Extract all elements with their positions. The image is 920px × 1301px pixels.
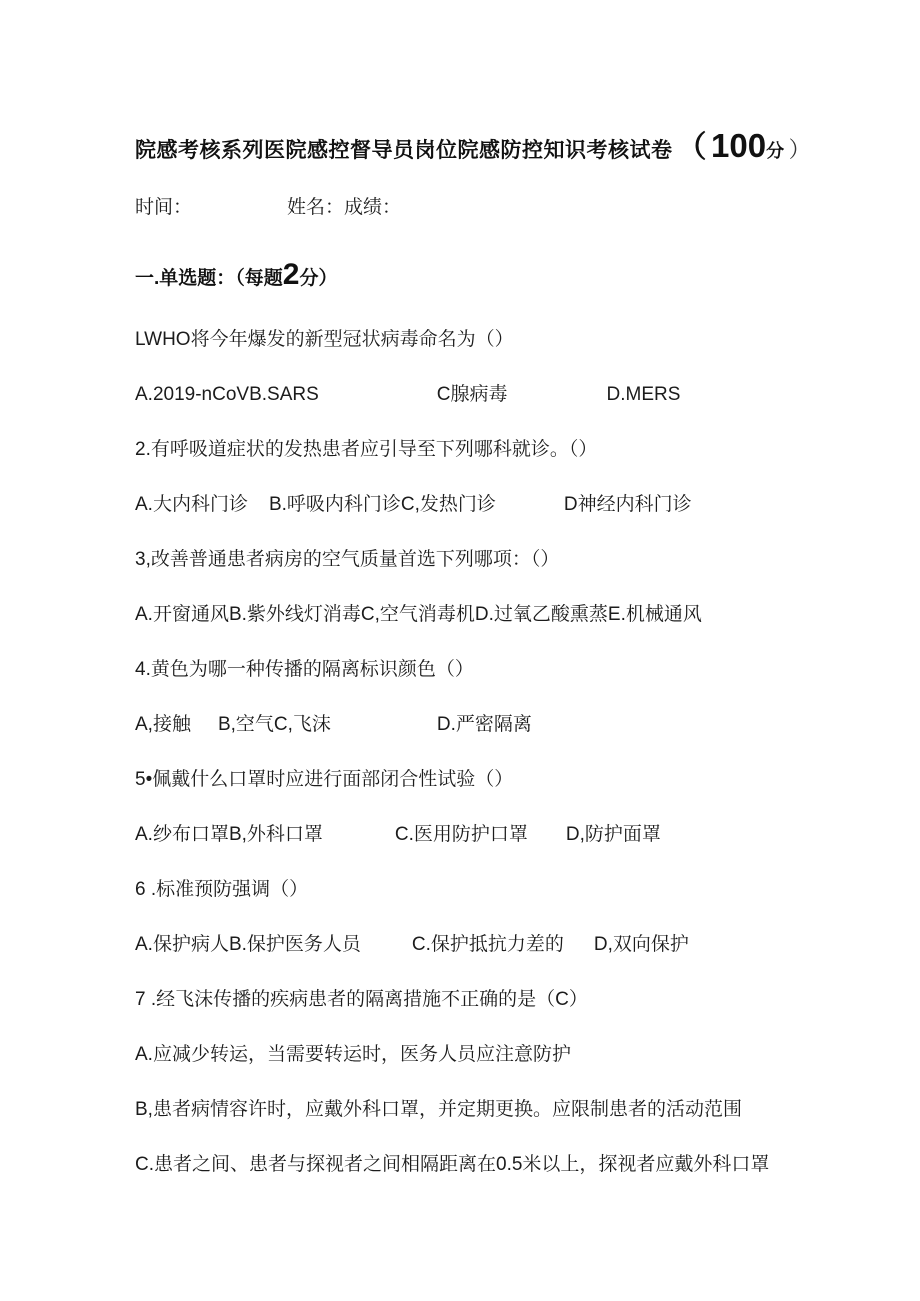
name-label: 姓名： bbox=[287, 197, 344, 218]
option-segment: C.保护抵抗力差的 bbox=[412, 932, 564, 958]
page-title-text: 院感考核系列医院感控督导员岗位院感防控知识考核试卷 bbox=[135, 139, 673, 162]
score-paren-close: ） bbox=[789, 137, 812, 162]
question-7-answer-c: C.患者之间、患者与探视者之间相隔距离在0.5米以上，探视者应戴外科口罩 bbox=[135, 1152, 880, 1178]
option-segment: D,双向保护 bbox=[594, 932, 689, 958]
exam-document-page: 院感考核系列医院感控督导员岗位院感防控知识考核试卷（100分） 时间：姓名：成绩… bbox=[0, 0, 920, 1301]
total-score-unit: 分 bbox=[766, 141, 785, 161]
question-1-text: LWHO将今年爆发的新型冠状病毒命名为（） bbox=[135, 327, 880, 353]
question-6-options: A.保护病人B.保护医务人员C.保护抵抗力差的D,双向保护 bbox=[135, 932, 880, 958]
option-segment: A.开窗通风B.紫外线灯消毒C,空气消毒机D.过氧乙酸熏蒸E.机械通风 bbox=[135, 602, 702, 628]
question-6-text: 6 .标准预防强调（） bbox=[135, 877, 880, 903]
question-2-text: 2.有呼吸道症状的发热患者应引导至下列哪科就诊。（） bbox=[135, 437, 880, 463]
option-segment: C腺病毒 bbox=[437, 382, 508, 408]
question-5-options: A.纱布口罩B,外科口罩C.医用防护口罩D,防护面罩 bbox=[135, 822, 880, 848]
option-segment: D神经内科门诊 bbox=[564, 492, 692, 518]
section-heading-suffix: 分） bbox=[299, 268, 337, 289]
question-7-answer-b: B,患者病情容许时，应戴外科口罩，并定期更换。应限制患者的活动范围 bbox=[135, 1097, 880, 1123]
question-4-text: 4.黄色为哪一种传播的隔离标识颜色（） bbox=[135, 657, 880, 683]
option-segment: D,防护面罩 bbox=[566, 822, 661, 848]
section-heading-prefix: 一.单选题：（每题 bbox=[135, 268, 283, 289]
option-segment: A.大内科门诊 bbox=[135, 492, 248, 518]
question-2-options: A.大内科门诊B.呼吸内科门诊C,发热门诊D神经内科门诊 bbox=[135, 492, 880, 518]
option-segment: D.MERS bbox=[607, 382, 681, 408]
option-segment: C.医用防护口罩 bbox=[395, 822, 528, 848]
question-3-text: 3,改善普通患者病房的空气质量首选下列哪项：（） bbox=[135, 547, 880, 573]
header-fields-row: 时间：姓名：成绩： bbox=[135, 195, 880, 221]
option-segment: D.严密隔离 bbox=[437, 712, 532, 738]
time-label: 时间： bbox=[135, 197, 192, 218]
question-5-text: 5•佩戴什么口罩时应进行面部闭合性试验（） bbox=[135, 767, 880, 793]
question-7-text: 7 .经飞沫传播的疾病患者的隔离措施不正确的是（C） bbox=[135, 987, 880, 1013]
section-heading: 一.单选题：（每题2分） bbox=[135, 255, 880, 299]
option-segment: B.呼吸内科门诊C,发热门诊 bbox=[269, 492, 496, 518]
question-7-answer-a: A.应减少转运，当需要转运时，医务人员应注意防护 bbox=[135, 1042, 880, 1068]
page-title: 院感考核系列医院感控督导员岗位院感防控知识考核试卷（100分） bbox=[135, 126, 880, 171]
per-question-score: 2 bbox=[283, 258, 300, 291]
option-segment: A.2019-nCoVB.SARS bbox=[135, 382, 319, 408]
result-label: 成绩： bbox=[344, 197, 401, 218]
question-4-options: A,接触B,空气C,飞沫D.严密隔离 bbox=[135, 712, 880, 738]
option-segment: A.纱布口罩B,外科口罩 bbox=[135, 822, 323, 848]
total-score-value: 100 bbox=[711, 127, 766, 164]
question-1-options: A.2019-nCoVB.SARSC腺病毒D.MERS bbox=[135, 382, 880, 408]
score-paren-open: （ bbox=[677, 131, 708, 164]
option-segment: A,接触 bbox=[135, 712, 191, 738]
option-segment: A.保护病人B.保护医务人员 bbox=[135, 932, 361, 958]
option-segment: B,空气C,飞沫 bbox=[218, 712, 331, 738]
question-3-options: A.开窗通风B.紫外线灯消毒C,空气消毒机D.过氧乙酸熏蒸E.机械通风 bbox=[135, 602, 880, 628]
